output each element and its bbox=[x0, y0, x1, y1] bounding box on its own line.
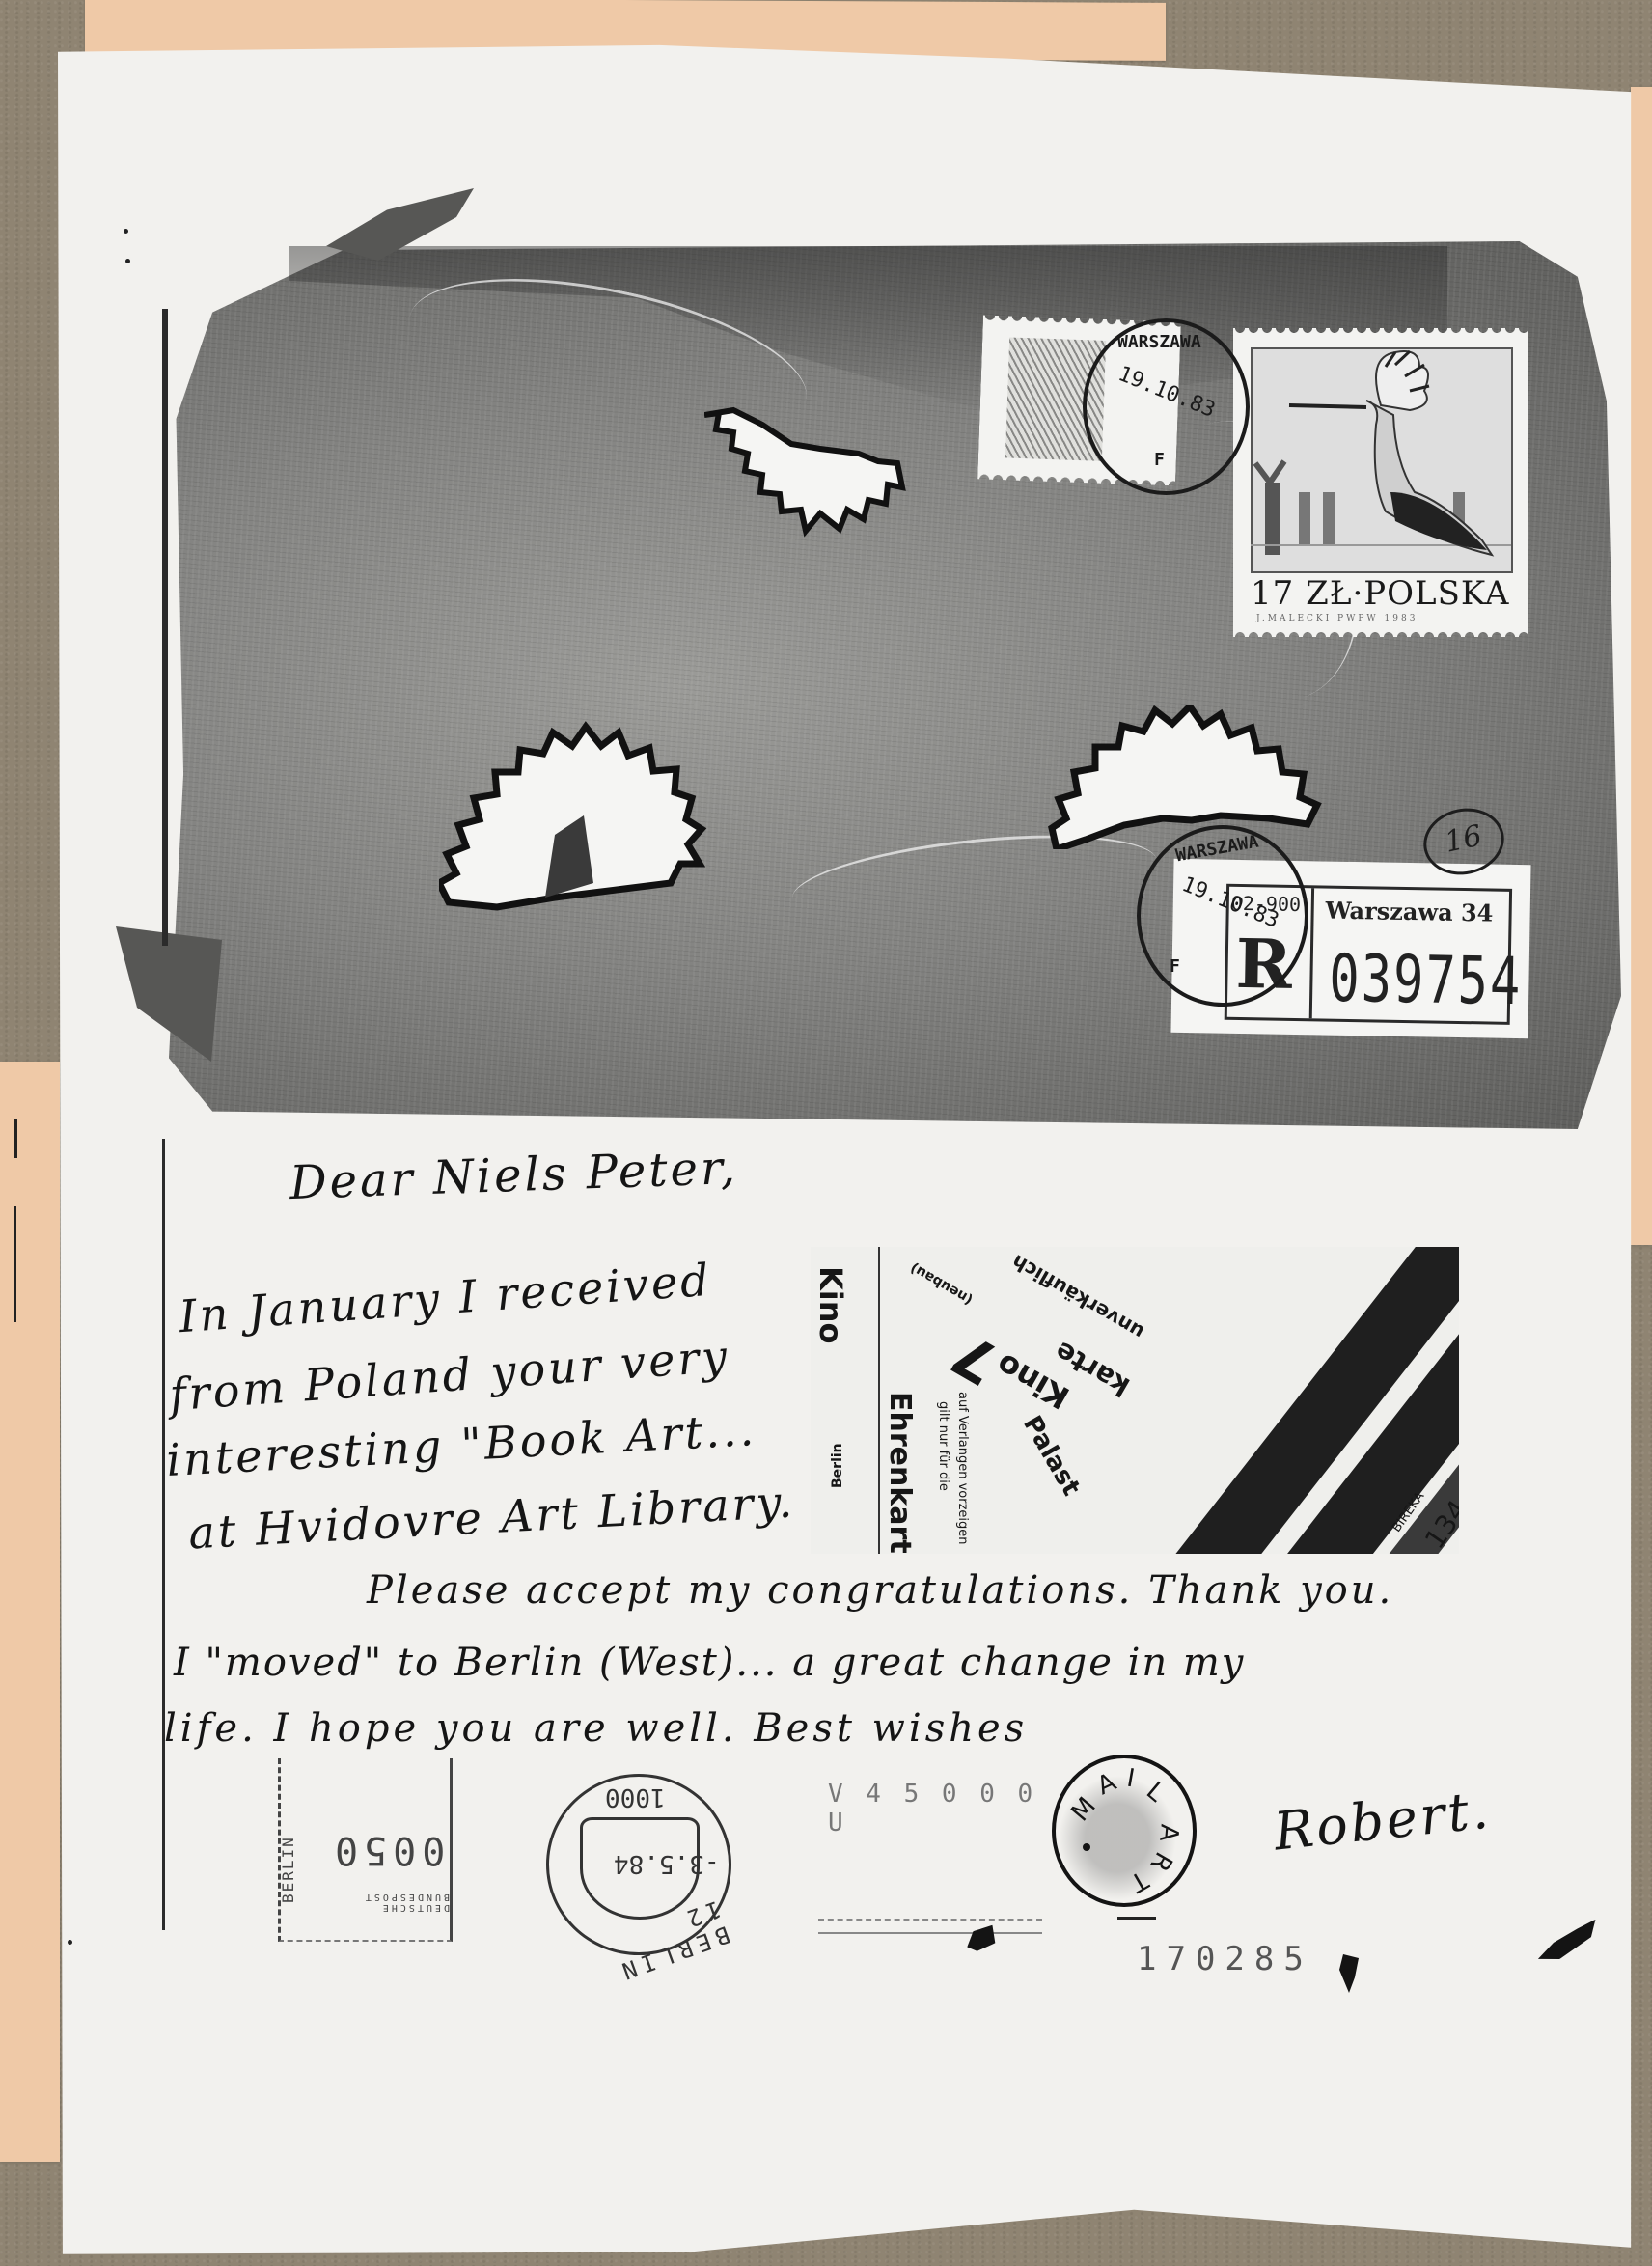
margin-line bbox=[162, 1139, 165, 1930]
faint-meter-mark: V 4 5 0 0 0 U bbox=[818, 1774, 1042, 1938]
stamp-letter: T bbox=[1125, 1865, 1153, 1897]
collage-numeral: 7 bbox=[941, 1318, 1009, 1396]
collage-text: Palast bbox=[1017, 1411, 1086, 1501]
stamp-letter: A bbox=[1092, 1768, 1120, 1802]
collage-text: Ehrenkarte bbox=[883, 1392, 917, 1554]
stamp-credit: J.MALECKI PWPW 1983 bbox=[1256, 614, 1418, 623]
stamp-value: 17 ZŁ·POLSKA bbox=[1251, 574, 1509, 613]
registration-number: 039754 bbox=[1329, 942, 1523, 1020]
hoopoe-bird-icon bbox=[1251, 347, 1511, 571]
dashed-rule bbox=[818, 1919, 1042, 1921]
rule bbox=[818, 1932, 1042, 1934]
speck bbox=[124, 229, 128, 234]
postmark-date: 19.10.83 bbox=[1178, 872, 1282, 933]
registration-office: Warszawa 34 bbox=[1325, 897, 1493, 927]
berlin-meter-stamp: BERLIN 0050 DEUTSCHE BUNDESPOST bbox=[278, 1758, 453, 1942]
postmark-city: WARSZAWA bbox=[1117, 332, 1201, 352]
warsaw-postmark: WARSZAWA 19.10.83 F bbox=[1137, 825, 1308, 1007]
underline bbox=[1117, 1917, 1156, 1920]
envelope-edge bbox=[162, 309, 168, 946]
letter-line: Please accept my congratulations. Thank … bbox=[367, 1568, 1393, 1613]
faint-meter-number: V 4 5 0 0 0 U bbox=[828, 1780, 1042, 1838]
postmark-code: F bbox=[1154, 450, 1165, 470]
ink-mark bbox=[14, 1119, 17, 1158]
ticket-edge bbox=[878, 1247, 880, 1554]
postmark-date: 19.10.83 bbox=[1115, 362, 1219, 423]
stamp-letter: L bbox=[1141, 1777, 1170, 1808]
speck bbox=[125, 259, 130, 263]
postmark-city: WARSZAWA bbox=[1174, 832, 1260, 867]
postmark-code: F bbox=[1170, 956, 1180, 977]
collage-text: auf Verlangen vorzeigen bbox=[955, 1392, 970, 1545]
berlin-postmark: 1000 -3.5.84 BERLIN 12 bbox=[546, 1774, 731, 1955]
meter-city: BERLIN bbox=[279, 1836, 297, 1903]
divider bbox=[1309, 888, 1314, 1018]
stamp-dot bbox=[1083, 1843, 1090, 1851]
mail-art-stamp: M A I L A R T bbox=[1052, 1755, 1197, 1907]
stamp-letter: I bbox=[1124, 1764, 1137, 1794]
collage-text: Kino bbox=[812, 1266, 849, 1344]
pencil-shaving-icon bbox=[704, 396, 926, 540]
stamp-letter: R bbox=[1144, 1847, 1178, 1877]
postmark-zip: 1000 bbox=[605, 1782, 666, 1811]
warsaw-postmark: WARSZAWA 19.10.83 F bbox=[1083, 318, 1250, 495]
hoopoe-stamp: 17 ZŁ·POLSKA J.MALECKI PWPW 1983 bbox=[1233, 328, 1528, 637]
pencil-shaving-icon bbox=[1047, 705, 1327, 849]
stamp-letter: M bbox=[1066, 1792, 1102, 1827]
serial-number: 170285 bbox=[1137, 1940, 1313, 1978]
collage-text: Berlin bbox=[830, 1443, 845, 1488]
letter-line: I "moved" to Berlin (West)... a great ch… bbox=[174, 1641, 1245, 1685]
pencil-shaving-icon bbox=[439, 719, 709, 912]
collage-text: gilt nur für die bbox=[936, 1401, 950, 1491]
stamp-letter: A bbox=[1153, 1823, 1183, 1842]
collage-text: (neubau) bbox=[908, 1259, 976, 1308]
ticket-collage-image: Kino (neubau) unverkäuflich Ehrenkarte g… bbox=[811, 1247, 1459, 1554]
meter-value: 0050 bbox=[329, 1828, 445, 1872]
underlying-peach-sheet-left bbox=[0, 1062, 60, 2162]
collage-text: unverkäuflich bbox=[1007, 1250, 1147, 1344]
speck bbox=[68, 1940, 72, 1945]
postmark-inner-ring: -3.5.84 bbox=[580, 1817, 700, 1920]
letter-line: life. I hope you are well. Best wishes bbox=[164, 1706, 1028, 1751]
postmark-date: -3.5.84 bbox=[614, 1849, 720, 1878]
meter-country: DEUTSCHE BUNDESPOST bbox=[300, 1892, 450, 1913]
ink-mark bbox=[14, 1206, 16, 1322]
underlying-peach-sheet-right bbox=[1631, 87, 1652, 1245]
